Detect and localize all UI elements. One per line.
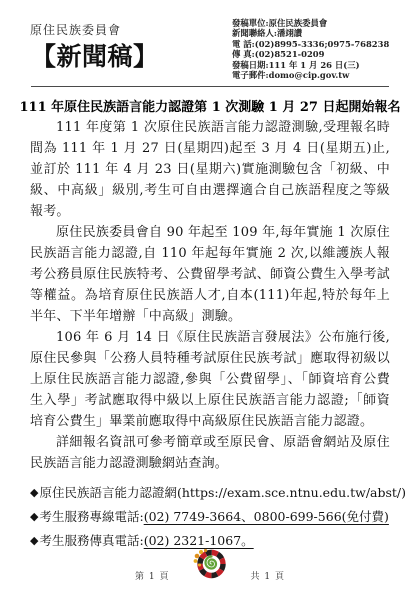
press-release-label: 【新聞稿】: [31, 37, 159, 73]
meta-label: 發稿單位:: [232, 18, 269, 28]
meta-row-email: 電子郵件:domo@cip.gov.tw: [232, 70, 389, 80]
press-release-page: 原住民族委員會 【新聞稿】 發稿單位:原住民族委員會 新聞聯絡人:潘翊讚 電 話…: [0, 0, 420, 593]
page-number-current: 第 1 頁: [135, 569, 169, 582]
certification-site-url[interactable]: https://exam.sce.ntnu.edu.tw/abst/: [182, 485, 401, 500]
hotline-number: (02) 7749-3664、0800-699-566(免付費): [144, 509, 389, 524]
meta-value: 111 年 1 月 26 日(三): [269, 60, 360, 70]
header-meta-block: 發稿單位:原住民族委員會 新聞聯絡人:潘翊讚 電 話:(02)8995-3336…: [232, 18, 389, 80]
body-paragraph: 詳細報名資訊可參考簡章或至原民會、原語會網站及原住民族語言能力認證測驗網站查詢。: [30, 432, 390, 474]
meta-value: domo@cip.gov.tw: [269, 70, 350, 80]
meta-row-issuing-unit: 發稿單位:原住民族委員會: [232, 18, 389, 28]
press-body: 111 年度第 1 次原住民族語言能力認證測驗,受理報名時間為 111 年 1 …: [30, 117, 390, 553]
meta-label: 電 話:: [232, 39, 255, 49]
header-divider: [31, 86, 389, 87]
meta-label: 電子郵件:: [232, 70, 269, 80]
page-footer: 第 1 頁 共 1 頁: [0, 546, 420, 583]
cip-emblem-icon: [192, 546, 229, 583]
agency-name: 原住民族委員會: [30, 21, 121, 38]
bullet-list: ◆原住民族語言能力認證網(https://exam.sce.ntnu.edu.t…: [30, 481, 390, 553]
meta-label: 發稿日期:: [232, 60, 269, 70]
meta-row-fax: 傳 真:(02)8521-0209: [232, 49, 389, 59]
bullet-item-service-hotline: ◆考生服務專線電話:(02) 7749-3664、0800-699-566(免付…: [30, 505, 390, 529]
meta-value: 原住民族委員會: [269, 18, 328, 28]
meta-label: 傳 真:: [232, 49, 255, 59]
meta-value: (02)8521-0209: [255, 49, 325, 59]
meta-row-date: 發稿日期:111 年 1 月 26 日(三): [232, 60, 389, 70]
body-paragraph: 原住民族委員會自 90 年起至 109 年,每年實施 1 次原住民族語言能力認證…: [30, 222, 390, 327]
bullet-text: ): [401, 485, 406, 500]
bullet-text: 考生服務專線電話:: [39, 509, 143, 524]
diamond-icon: ◆: [30, 481, 38, 504]
page-number-total: 共 1 頁: [251, 569, 285, 582]
meta-row-press-contact: 新聞聯絡人:潘翊讚: [232, 28, 389, 38]
diamond-icon: ◆: [30, 505, 38, 528]
body-paragraph: 111 年度第 1 次原住民族語言能力認證測驗,受理報名時間為 111 年 1 …: [30, 117, 390, 222]
meta-value: (02)8995-3336;0975-768238: [255, 39, 390, 49]
meta-value: 潘翊讚: [277, 28, 302, 38]
bullet-item-certification-site: ◆原住民族語言能力認證網(https://exam.sce.ntnu.edu.t…: [30, 481, 390, 505]
bullet-text: 原住民族語言能力認證網(: [39, 485, 181, 500]
meta-row-phone: 電 話:(02)8995-3336;0975-768238: [232, 39, 389, 49]
body-paragraph: 106 年 6 月 14 日《原住民族語言發展法》公布施行後,原住民參與「公務人…: [30, 327, 390, 432]
meta-label: 新聞聯絡人:: [232, 28, 277, 38]
press-title: 111 年原住民族語言能力認證第 1 次測驗 1 月 27 日起開始報名: [0, 96, 420, 115]
